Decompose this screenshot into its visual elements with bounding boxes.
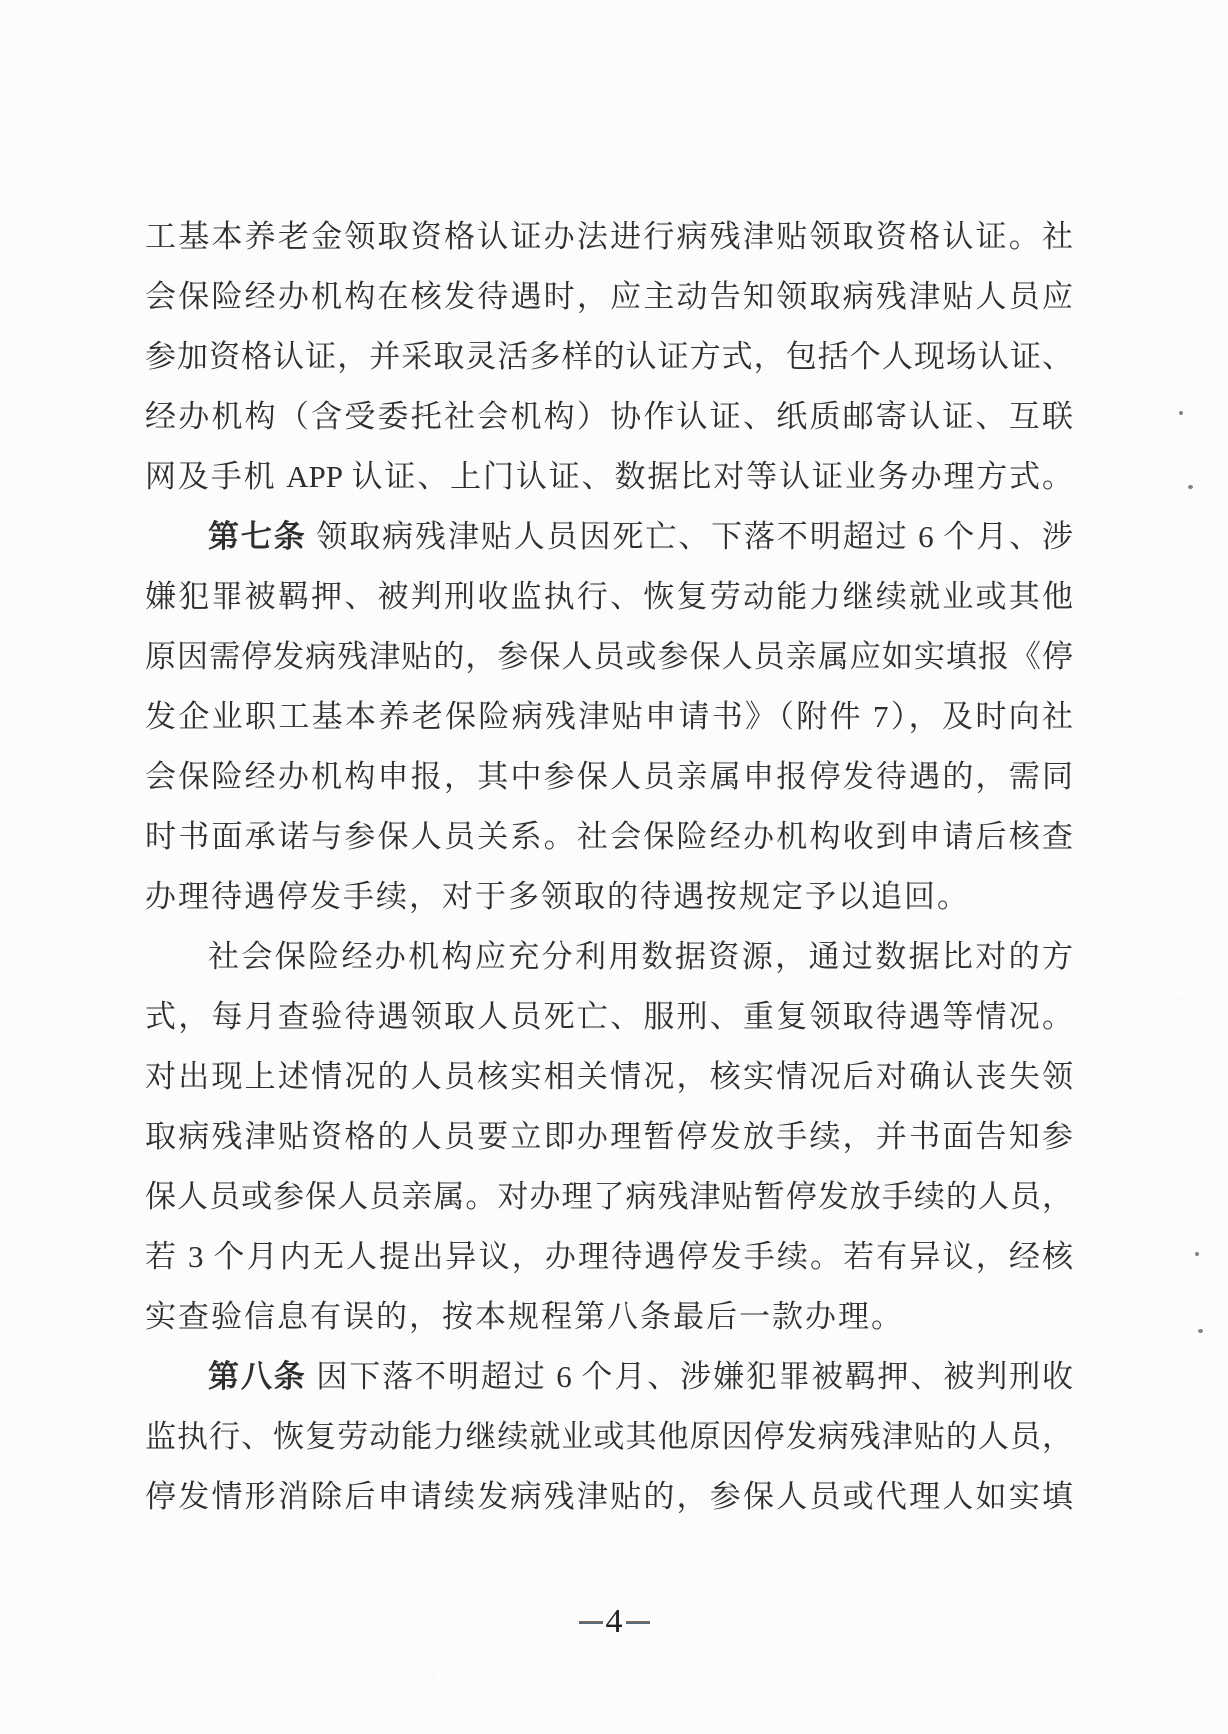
body-text: 经办机构（含受委托社会机构）协作认证、纸质邮寄认证、互联: [145, 399, 1073, 434]
body-text: 取病残津贴资格的人员要立即办理暂停发放手续，并书面告知参: [145, 1119, 1073, 1154]
body-text: 会保险经办机构申报，其中参保人员亲属申报停发待遇的，需同: [145, 759, 1073, 794]
body-text: 嫌犯罪被羁押、被判刑收监执行、恢复劳动能力继续就业或其他: [145, 579, 1073, 614]
text-line: 会保险经办机构在核发待遇时，应主动告知领取病残津贴人员应: [145, 267, 1073, 327]
body-text: 停发情形消除后申请续发病残津贴的，参保人员或代理人如实填: [145, 1479, 1073, 1514]
text-line: 第七条 领取病残津贴人员因死亡、下落不明超过 6 个月、涉: [145, 507, 1073, 567]
text-line: 实查验信息有误的，按本规程第八条最后一款办理。: [145, 1287, 1073, 1347]
text-block: 工基本养老金领取资格认证办法进行病残津贴领取资格认证。社会保险经办机构在核发待遇…: [145, 207, 1073, 1527]
body-text: 时书面承诺与参保人员关系。社会保险经办机构收到申请后核查: [145, 819, 1073, 854]
text-line: 经办机构（含受委托社会机构）协作认证、纸质邮寄认证、互联: [145, 387, 1073, 447]
text-line: 停发情形消除后申请续发病残津贴的，参保人员或代理人如实填: [145, 1467, 1073, 1527]
article-heading: 第七条: [208, 519, 307, 554]
body-text: 对出现上述情况的人员核实相关情况，核实情况后对确认丧失领: [145, 1059, 1073, 1094]
body-text: 若 3 个月内无人提出异议，办理待遇停发手续。若有异议，经核: [145, 1239, 1073, 1274]
body-text: 办理待遇停发手续，对于多领取的待遇按规定予以追回。: [145, 879, 970, 914]
text-line: 第八条 因下落不明超过 6 个月、涉嫌犯罪被羁押、被判刑收: [145, 1347, 1073, 1407]
body-text: 社会保险经办机构应充分利用数据资源，通过数据比对的方: [208, 939, 1073, 974]
text-line: 工基本养老金领取资格认证办法进行病残津贴领取资格认证。社: [145, 207, 1073, 267]
scan-speck: [1198, 1329, 1203, 1333]
text-line: 对出现上述情况的人员核实相关情况，核实情况后对确认丧失领: [145, 1047, 1073, 1107]
text-line: 保人员或参保人员亲属。对办理了病残津贴暂停发放手续的人员，: [145, 1167, 1073, 1227]
text-line: 嫌犯罪被羁押、被判刑收监执行、恢复劳动能力继续就业或其他: [145, 567, 1073, 627]
text-line: 时书面承诺与参保人员关系。社会保险经办机构收到申请后核查: [145, 807, 1073, 867]
page-number-value: 4: [604, 1605, 625, 1639]
page-number-dash-left: [579, 1621, 603, 1624]
body-text: 原因需停发病残津贴的，参保人员或参保人员亲属应如实填报《停: [145, 639, 1073, 674]
text-line: 若 3 个月内无人提出异议，办理待遇停发手续。若有异议，经核: [145, 1227, 1073, 1287]
text-line: 社会保险经办机构应充分利用数据资源，通过数据比对的方: [145, 927, 1073, 987]
text-line: 式，每月查验待遇领取人员死亡、服刑、重复领取待遇等情况。: [145, 987, 1073, 1047]
body-text: 保人员或参保人员亲属。对办理了病残津贴暂停发放手续的人员，: [145, 1179, 1073, 1214]
page-number: 4: [0, 1598, 1228, 1646]
text-line: 会保险经办机构申报，其中参保人员亲属申报停发待遇的，需同: [145, 747, 1073, 807]
body-text: 式，每月查验待遇领取人员死亡、服刑、重复领取待遇等情况。: [145, 999, 1073, 1034]
body-text: 工基本养老金领取资格认证办法进行病残津贴领取资格认证。社: [145, 219, 1073, 254]
text-line: 办理待遇停发手续，对于多领取的待遇按规定予以追回。: [145, 867, 1073, 927]
body-text: 实查验信息有误的，按本规程第八条最后一款办理。: [145, 1299, 904, 1334]
body-text: 网及手机 APP 认证、上门认证、数据比对等认证业务办理方式。: [145, 459, 1073, 494]
body-text: 因下落不明超过 6 个月、涉嫌犯罪被羁押、被判刑收: [307, 1359, 1073, 1394]
page-number-dash-right: [626, 1621, 650, 1624]
scanned-document-page: 工基本养老金领取资格认证办法进行病残津贴领取资格认证。社会保险经办机构在核发待遇…: [0, 0, 1228, 1734]
body-text: 监执行、恢复劳动能力继续就业或其他原因停发病残津贴的人员，: [145, 1419, 1073, 1454]
scan-speck: [1179, 411, 1183, 415]
text-line: 原因需停发病残津贴的，参保人员或参保人员亲属应如实填报《停: [145, 627, 1073, 687]
scan-speck: [1188, 485, 1193, 489]
text-line: 参加资格认证，并采取灵活多样的认证方式，包括个人现场认证、: [145, 327, 1073, 387]
body-text: 发企业职工基本养老保险病残津贴申请书》（附件 7），及时向社: [145, 699, 1073, 734]
scan-speck: [1195, 1252, 1199, 1256]
body-text: 参加资格认证，并采取灵活多样的认证方式，包括个人现场认证、: [145, 339, 1073, 374]
body-text: 会保险经办机构在核发待遇时，应主动告知领取病残津贴人员应: [145, 279, 1073, 314]
article-heading: 第八条: [208, 1359, 307, 1394]
text-line: 取病残津贴资格的人员要立即办理暂停发放手续，并书面告知参: [145, 1107, 1073, 1167]
text-line: 监执行、恢复劳动能力继续就业或其他原因停发病残津贴的人员，: [145, 1407, 1073, 1467]
text-line: 网及手机 APP 认证、上门认证、数据比对等认证业务办理方式。: [145, 447, 1073, 507]
body-text: 领取病残津贴人员因死亡、下落不明超过 6 个月、涉: [307, 519, 1073, 554]
text-line: 发企业职工基本养老保险病残津贴申请书》（附件 7），及时向社: [145, 687, 1073, 747]
